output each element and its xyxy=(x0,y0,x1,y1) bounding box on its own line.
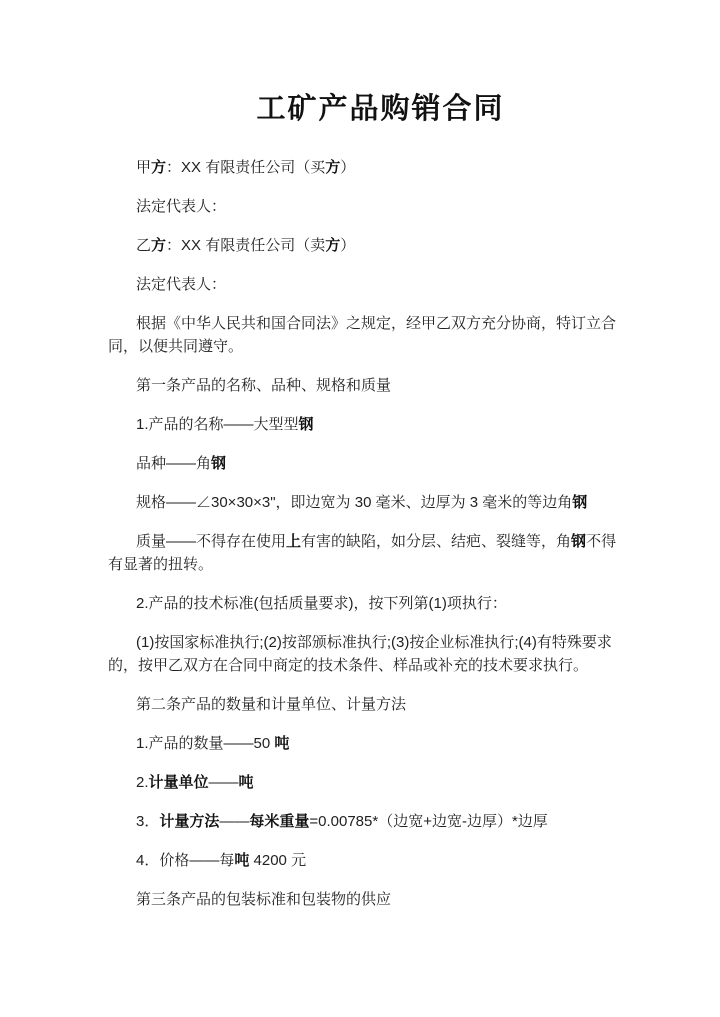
text-run: 第三条产品的包装标准和包装物的供应 xyxy=(136,891,391,908)
article-1-heading: 第一条产品的名称、品种、规格和质量 xyxy=(108,374,623,397)
text-run: ） xyxy=(340,159,355,176)
text-run: 4．价格——每 xyxy=(136,852,234,869)
bold-text-run: 方 xyxy=(325,237,340,254)
text-run: 有害的缺陷，如分层、结疤、裂缝等，角 xyxy=(301,533,571,550)
product-name-line: 1.产品的名称——大型型钢 xyxy=(108,413,623,436)
quantity-line: 1.产品的数量——50 吨 xyxy=(108,732,623,755)
text-run: —— xyxy=(209,774,239,791)
document-title: 工矿产品购销合同 xyxy=(108,88,623,130)
legal-rep-a-line: 法定代表人： xyxy=(108,195,623,218)
text-run: 乙 xyxy=(136,237,151,254)
bold-text-run: 吨 xyxy=(274,735,289,752)
bold-text-run: 钢 xyxy=(299,416,314,433)
specification-line: 规格——∠30×30×3"，即边宽为 30 毫米、边厚为 3 毫米的等边角钢 xyxy=(108,491,623,514)
text-run: ：XX 有限责任公司（卖 xyxy=(166,237,325,254)
text-run: 4200 元 xyxy=(249,852,306,869)
method-line: 3．计量方法——每米重量=0.00785*（边宽+边宽-边厚）*边厚 xyxy=(108,810,623,833)
standard-options-line: (1)按国家标准执行;(2)按部颁标准执行;(3)按企业标准执行;(4)有特殊要… xyxy=(108,631,623,677)
bold-text-run: 吨 xyxy=(234,852,249,869)
bold-text-run: 计量方法 xyxy=(159,813,219,830)
text-run: —— xyxy=(219,813,249,830)
party-a-line: 甲方：XX 有限责任公司（买方） xyxy=(108,156,623,179)
text-run: 1.产品的数量——50 xyxy=(136,735,274,752)
text-run: 2.产品的技术标准(包括质量要求)，按下列第(1)项执行： xyxy=(136,595,507,612)
text-run: 法定代表人： xyxy=(136,198,226,215)
unit-line: 2.计量单位——吨 xyxy=(108,771,623,794)
bold-text-run: 方 xyxy=(325,159,340,176)
tech-standard-line: 2.产品的技术标准(包括质量要求)，按下列第(1)项执行： xyxy=(108,592,623,615)
article-3-heading: 第三条产品的包装标准和包装物的供应 xyxy=(108,888,623,911)
text-run: 第二条产品的数量和计量单位、计量方法 xyxy=(136,696,406,713)
bold-text-run: 方 xyxy=(151,159,166,176)
text-run: 甲 xyxy=(136,159,151,176)
bold-text-run: 钢 xyxy=(211,455,226,472)
text-run: ：XX 有限责任公司（买 xyxy=(166,159,325,176)
text-run: =0.00785*（边宽+边宽-边厚）*边厚 xyxy=(309,813,547,830)
legal-rep-b-line: 法定代表人： xyxy=(108,273,623,296)
text-run: ） xyxy=(340,237,355,254)
contract-page: 工矿产品购销合同 甲方：XX 有限责任公司（买方）法定代表人：乙方：XX 有限责… xyxy=(0,0,720,1017)
bold-text-run: 上 xyxy=(286,533,301,550)
bold-text-run: 钢 xyxy=(571,533,586,550)
bold-text-run: 计量单位 xyxy=(149,774,209,791)
bold-text-run: 钢 xyxy=(572,494,587,511)
text-run: 质量——不得存在使用 xyxy=(136,533,286,550)
text-run: 法定代表人： xyxy=(136,276,226,293)
text-run: (1)按国家标准执行;(2)按部颁标准执行;(3)按企业标准执行;(4)有特殊要… xyxy=(108,634,612,674)
quality-line: 质量——不得存在使用上有害的缺陷，如分层、结疤、裂缝等，角钢不得有显著的扭转。 xyxy=(108,530,623,576)
variety-line: 品种——角钢 xyxy=(108,452,623,475)
text-run: 3． xyxy=(136,813,159,830)
document-body: 甲方：XX 有限责任公司（买方）法定代表人：乙方：XX 有限责任公司（卖方）法定… xyxy=(108,156,623,911)
party-b-line: 乙方：XX 有限责任公司（卖方） xyxy=(108,234,623,257)
bold-text-run: 吨 xyxy=(239,774,254,791)
preamble: 根据《中华人民共和国合同法》之规定，经甲乙双方充分协商，特订立合同，以便共同遵守… xyxy=(108,312,623,358)
bold-text-run: 每米重量 xyxy=(249,813,309,830)
text-run: 根据《中华人民共和国合同法》之规定，经甲乙双方充分协商，特订立合同，以便共同遵守… xyxy=(108,315,616,355)
text-run: 品种——角 xyxy=(136,455,211,472)
text-run: 第一条产品的名称、品种、规格和质量 xyxy=(136,377,391,394)
text-run: 2. xyxy=(136,774,149,791)
article-2-heading: 第二条产品的数量和计量单位、计量方法 xyxy=(108,693,623,716)
text-run: 规格——∠30×30×3"，即边宽为 30 毫米、边厚为 3 毫米的等边角 xyxy=(136,494,572,511)
text-run: 1.产品的名称——大型型 xyxy=(136,416,299,433)
price-line: 4．价格——每吨 4200 元 xyxy=(108,849,623,872)
bold-text-run: 方 xyxy=(151,237,166,254)
